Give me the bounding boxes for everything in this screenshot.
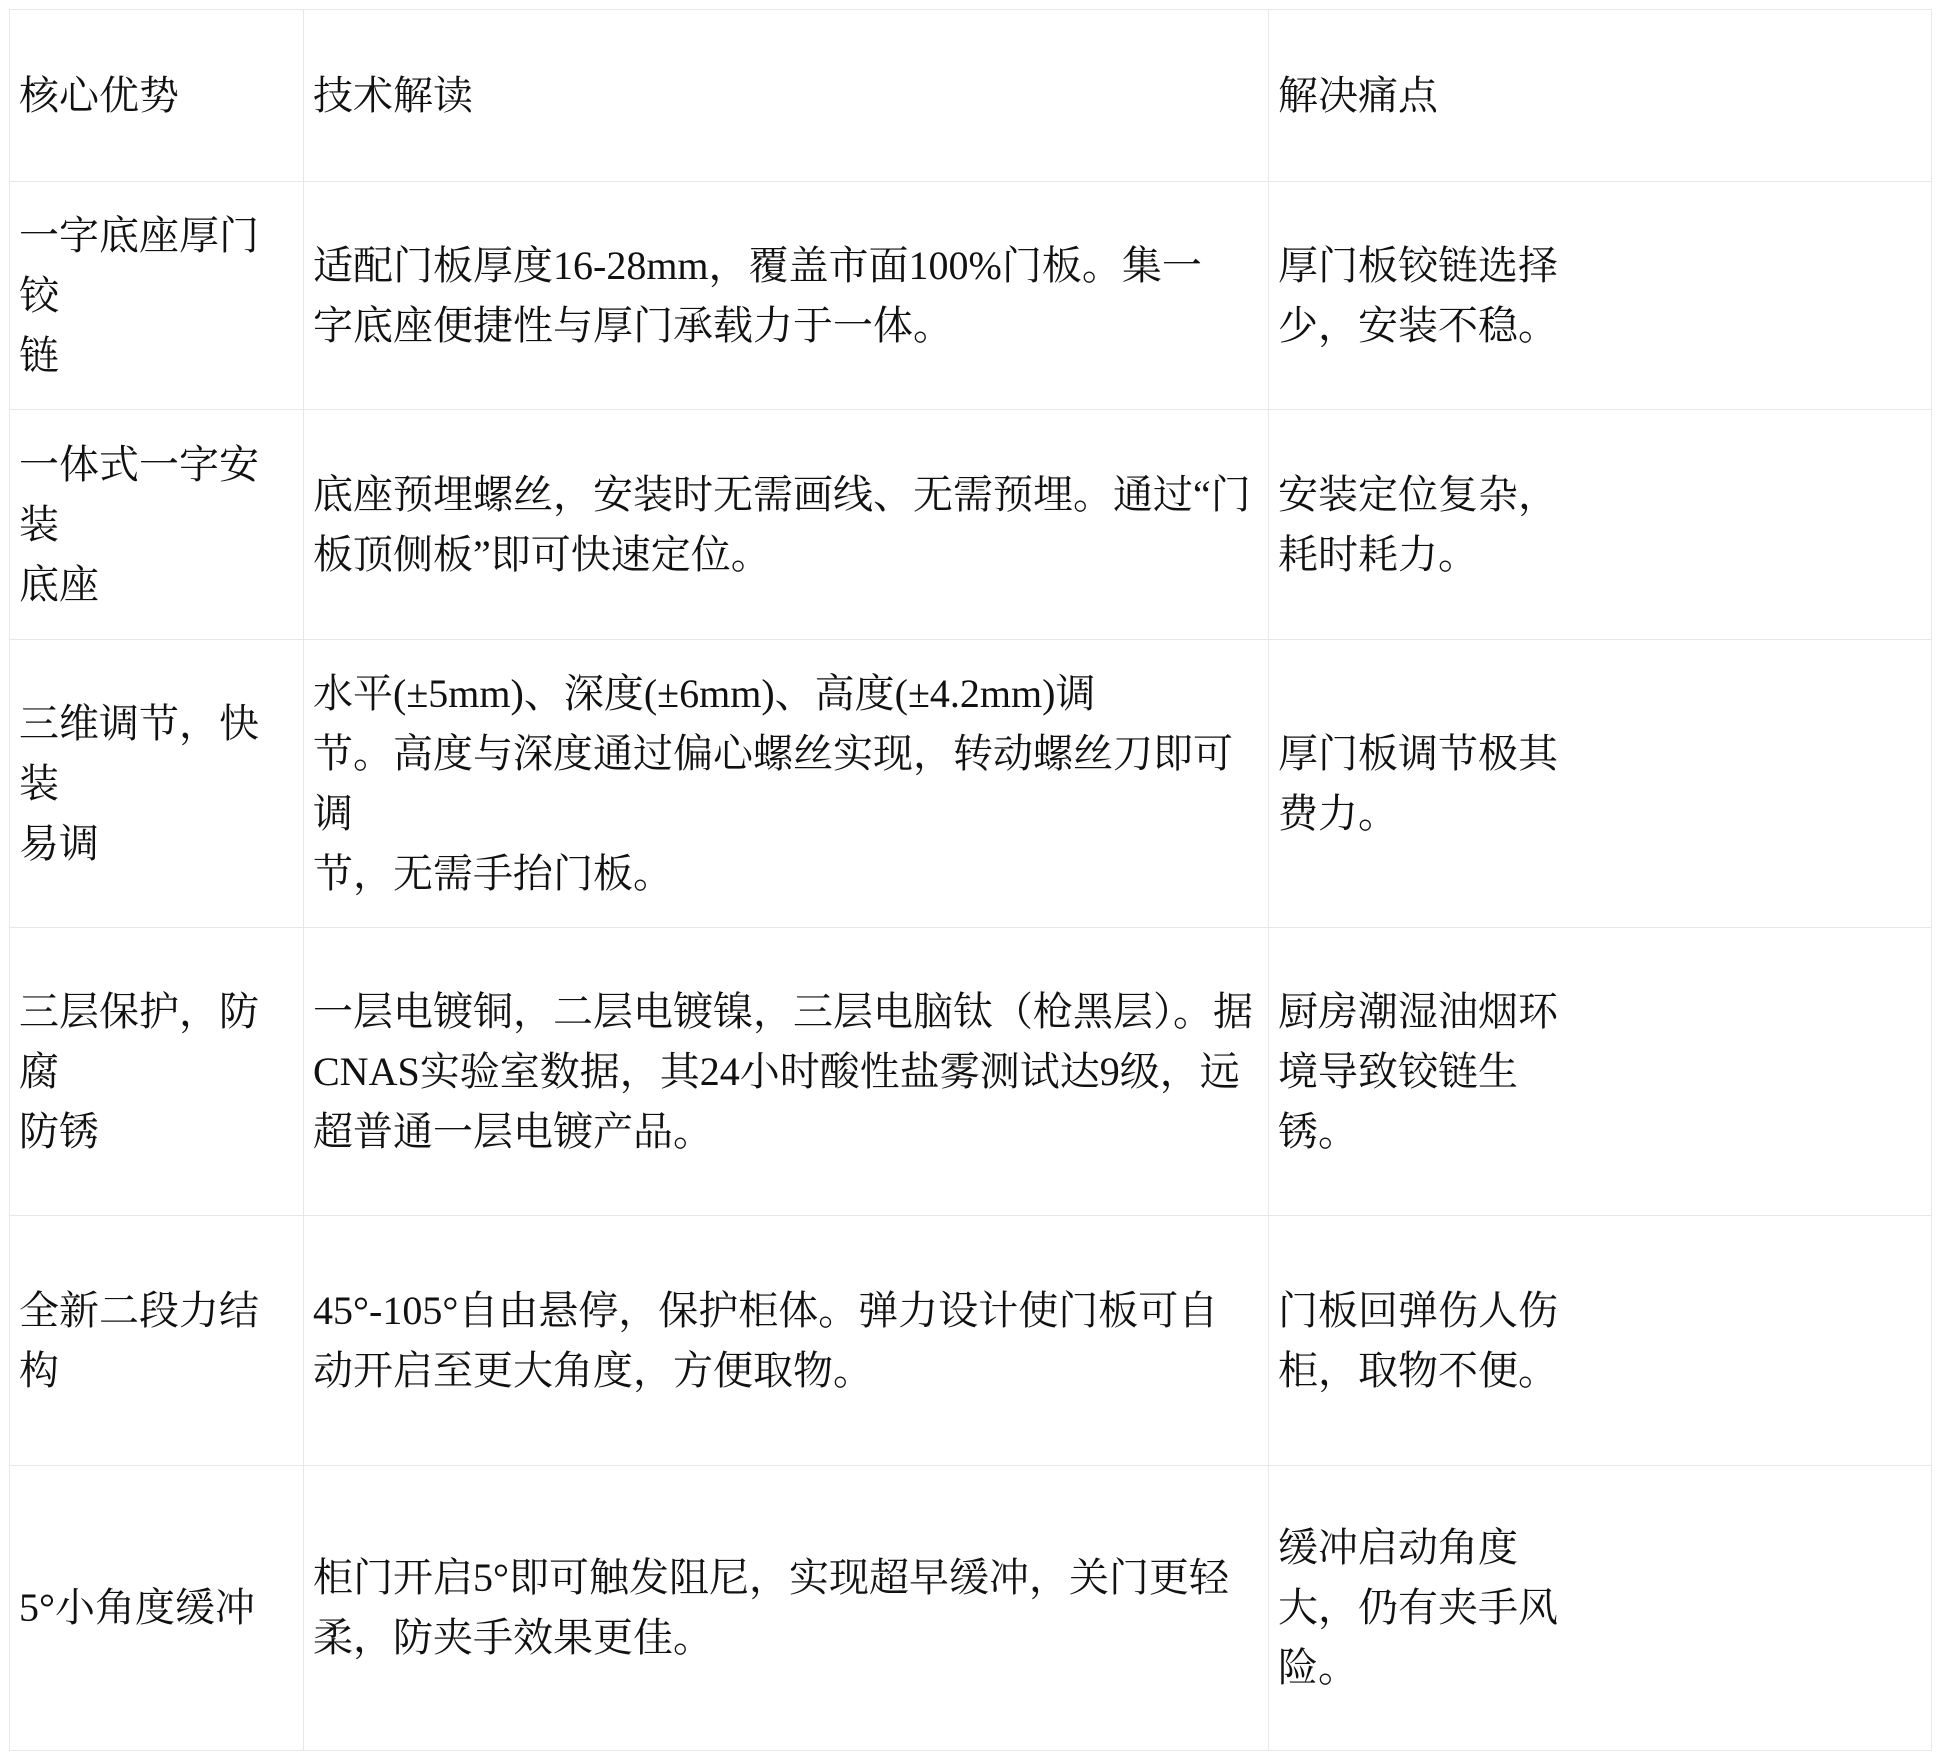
comparison-table: 核心优势 技术解读 解决痛点 一字底座厚门铰 链 适配门板厚度16-28mm，覆… — [9, 9, 1932, 1751]
table-row: 一体式一字安装 底座 底座预埋螺丝，安装时无需画线、无需预埋。通过“门 板顶侧板… — [10, 410, 1932, 640]
column-header-pain: 解决痛点 — [1269, 10, 1932, 182]
table-row: 5°小角度缓冲 柜门开启5°即可触发阻尼，实现超早缓冲，关门更轻 柔，防夹手效果… — [10, 1466, 1932, 1751]
table-row: 三维调节，快装 易调 水平(±5mm)、深度(±6mm)、高度(±4.2mm)调… — [10, 640, 1932, 928]
cell-tech: 一层电镀铜，二层电镀镍，三层电脑钛（枪黑层）。据 CNAS实验室数据，其24小时… — [304, 928, 1269, 1216]
cell-pain: 厚门板铰链选择 少，安装不稳。 — [1269, 182, 1932, 410]
cell-advantage: 三维调节，快装 易调 — [10, 640, 304, 928]
cell-pain: 厚门板调节极其 费力。 — [1269, 640, 1932, 928]
cell-advantage: 一体式一字安装 底座 — [10, 410, 304, 640]
header-row: 核心优势 技术解读 解决痛点 — [10, 10, 1932, 182]
cell-pain: 缓冲启动角度 大，仍有夹手风 险。 — [1269, 1466, 1932, 1751]
cell-advantage: 全新二段力结构 — [10, 1216, 304, 1466]
cell-pain: 厨房潮湿油烟环 境导致铰链生 锈。 — [1269, 928, 1932, 1216]
cell-advantage: 5°小角度缓冲 — [10, 1466, 304, 1751]
cell-pain: 安装定位复杂， 耗时耗力。 — [1269, 410, 1932, 640]
column-header-advantage: 核心优势 — [10, 10, 304, 182]
cell-tech: 水平(±5mm)、深度(±6mm)、高度(±4.2mm)调 节。高度与深度通过偏… — [304, 640, 1269, 928]
table-row: 全新二段力结构 45°-105°自由悬停，保护柜体。弹力设计使门板可自 动开启至… — [10, 1216, 1932, 1466]
page: 核心优势 技术解读 解决痛点 一字底座厚门铰 链 适配门板厚度16-28mm，覆… — [0, 0, 1940, 1759]
cell-tech: 适配门板厚度16-28mm，覆盖市面100%门板。集一 字底座便捷性与厚门承载力… — [304, 182, 1269, 410]
cell-tech: 柜门开启5°即可触发阻尼，实现超早缓冲，关门更轻 柔，防夹手效果更佳。 — [304, 1466, 1269, 1751]
cell-tech: 底座预埋螺丝，安装时无需画线、无需预埋。通过“门 板顶侧板”即可快速定位。 — [304, 410, 1269, 640]
column-header-tech: 技术解读 — [304, 10, 1269, 182]
cell-advantage: 三层保护，防腐 防锈 — [10, 928, 304, 1216]
cell-pain: 门板回弹伤人伤 柜，取物不便。 — [1269, 1216, 1932, 1466]
cell-tech: 45°-105°自由悬停，保护柜体。弹力设计使门板可自 动开启至更大角度，方便取… — [304, 1216, 1269, 1466]
table-row: 一字底座厚门铰 链 适配门板厚度16-28mm，覆盖市面100%门板。集一 字底… — [10, 182, 1932, 410]
table-row: 三层保护，防腐 防锈 一层电镀铜，二层电镀镍，三层电脑钛（枪黑层）。据 CNAS… — [10, 928, 1932, 1216]
cell-advantage: 一字底座厚门铰 链 — [10, 182, 304, 410]
